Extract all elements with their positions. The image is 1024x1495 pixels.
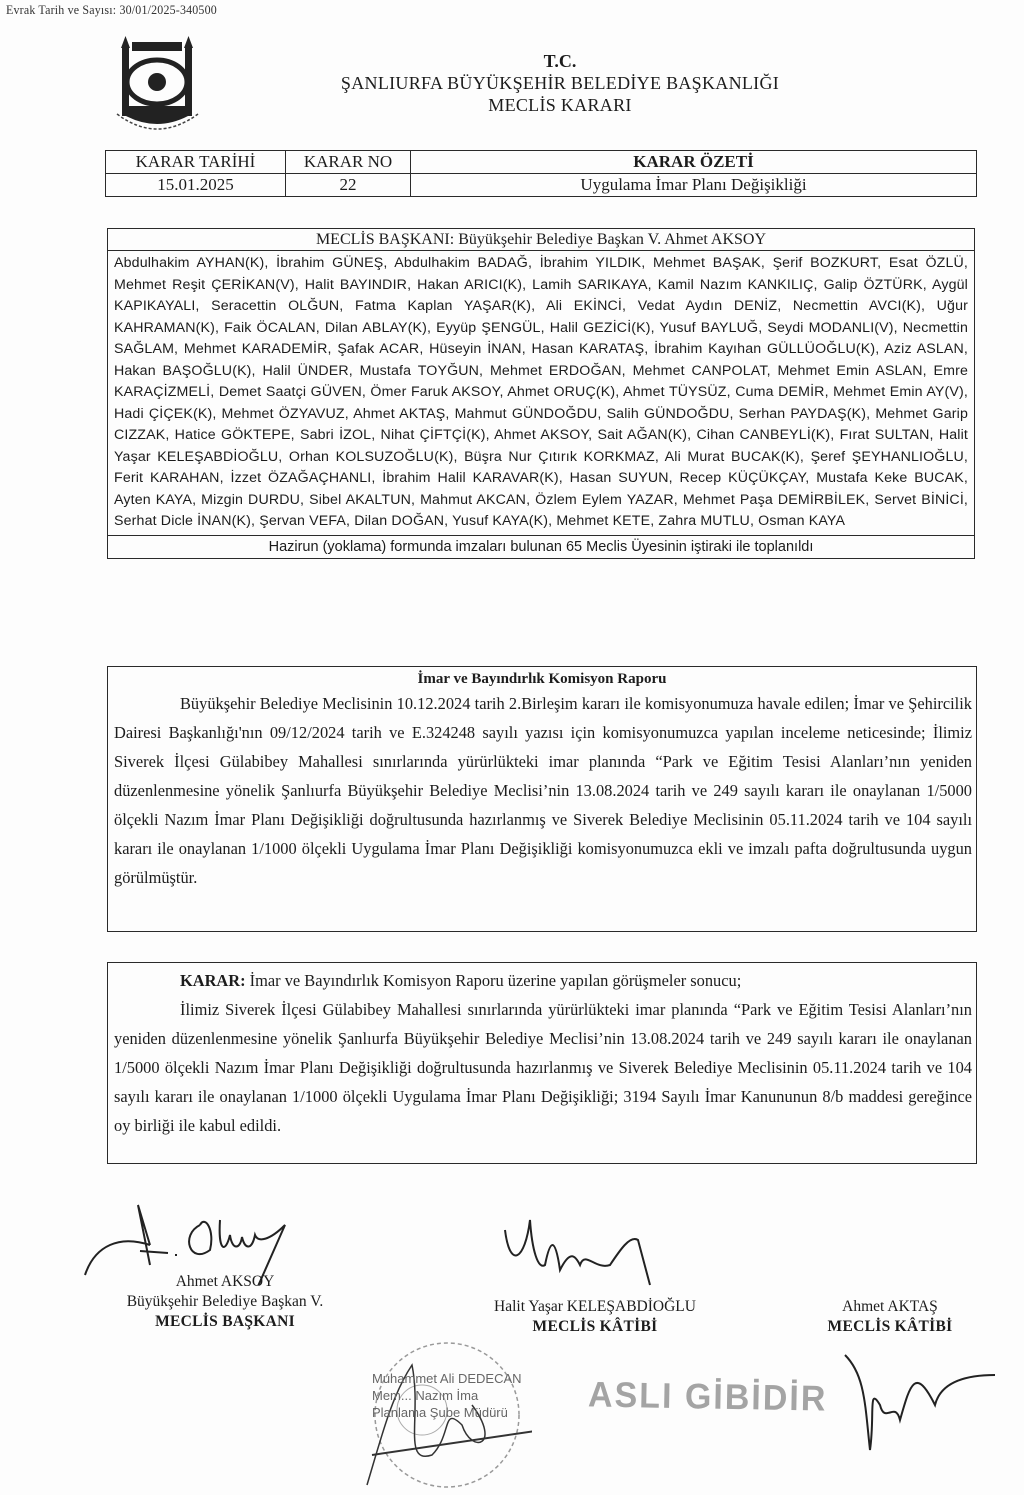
council-member: Şerif BOZKURT,: [773, 255, 889, 271]
decision-text: İlimiz Siverek İlçesi Gülabibey Mahalles…: [114, 995, 972, 1140]
council-member: Orhan KOLSUZOĞLU(K),: [289, 449, 464, 465]
council-member: Mustafa TOYĞUN,: [360, 363, 490, 379]
header-organization: ŞANLIURFA BÜYÜKŞEHİR BELEDİYE BAŞKANLIĞI: [250, 72, 870, 94]
council-member: Ahmet AKSOY,: [494, 427, 597, 443]
council-member: Sibel AKALTUN,: [309, 492, 420, 508]
council-member: Seracettin OLĞUN,: [211, 298, 355, 314]
council-member: Mehmet Reşit ÇERİKAN(V),: [114, 277, 305, 293]
certifying-official: Muhammet Ali DEDECAN Mem... Nazım İma Pl…: [372, 1370, 522, 1421]
council-member: Ferit KARAHAN,: [114, 470, 231, 486]
official-title: Mem... Nazım İma: [372, 1387, 522, 1404]
council-member: Mehmet BAŞAK,: [653, 255, 773, 271]
council-member: Esat ÖZLÜ,: [889, 255, 968, 271]
council-president: MECLİS BAŞKANI: Büyükşehir Belediye Başk…: [108, 229, 974, 251]
signatory-title: Büyükşehir Belediye Başkan V.: [100, 1292, 350, 1312]
council-member: Yusuf KAYA(K),: [452, 513, 556, 529]
council-member: İbrahim Halil KARAVAR(K),: [382, 470, 569, 486]
council-member: Mehmet Paşa DEMİRBİLEK,: [683, 492, 875, 508]
council-member: Galip ÖZTÜRK,: [824, 277, 932, 293]
council-member: Aziz ASLAN,: [884, 341, 968, 357]
council-member: Ali Murat BUCAK(K),: [665, 449, 811, 465]
council-member: Hasan KARATAŞ,: [532, 341, 655, 357]
council-member: Eyyüp ŞENGÜL,: [436, 320, 550, 336]
signatory-role: MECLİS BAŞKANI: [100, 1312, 350, 1332]
council-member: Hüseyin İNAN,: [429, 341, 531, 357]
council-member: Mahmut GÜNDOĞDU,: [455, 406, 607, 422]
decision-meta-table: KARAR TARİHİ KARAR NO KARAR ÖZETİ 15.01.…: [105, 150, 977, 197]
header-title: MECLİS KARARI: [250, 94, 870, 116]
council-member: Abdulhakim AYHAN(K),: [114, 255, 276, 271]
council-member: Sabri İZOL,: [300, 427, 381, 443]
council-member: Mahmut AKCAN,: [420, 492, 535, 508]
council-member: Halil ÜNDER,: [262, 363, 359, 379]
council-member: Cuma DEMİR,: [735, 384, 833, 400]
signature-secretary-2-icon: [840, 1345, 1000, 1455]
header-decision-date: KARAR TARİHİ: [106, 151, 286, 174]
council-member: Halil GEZİCİ(K),: [550, 320, 660, 336]
council-member: Mehmet KETE,: [556, 513, 658, 529]
council-member: Fırat SULTAN,: [840, 427, 939, 443]
council-member: Mehmet ERDOĞAN,: [490, 363, 633, 379]
council-member: Şeref ŞEYHANLIOĞLU,: [811, 449, 968, 465]
council-member: Mizgin DURDU,: [201, 492, 309, 508]
council-member: Ömer Faruk AKSOY,: [370, 384, 507, 400]
council-member: Dilan DOĞAN,: [354, 513, 452, 529]
signatory-name: Ahmet AKTAŞ: [790, 1297, 990, 1317]
council-member: Hadi ÇİÇEK(K),: [114, 406, 222, 422]
council-member: Servet BİNİCİ,: [874, 492, 968, 508]
council-member: Mehmet CANPOLAT,: [633, 363, 778, 379]
council-member: Ahmet AKTAŞ,: [353, 406, 454, 422]
council-member: İbrahim YILDIK,: [540, 255, 653, 271]
council-member: Şervan VEFA,: [259, 513, 354, 529]
council-member: Serhan PAYDAŞ(K),: [739, 406, 876, 422]
council-member: Kamil Nazım KANKILIÇ,: [658, 277, 824, 293]
decision-no: 22: [286, 174, 411, 197]
council-member: Hakan ARICI(K),: [417, 277, 532, 293]
council-member: Ahmet TÜYSÜZ,: [623, 384, 735, 400]
council-member: Faik ÖCALAN,: [224, 320, 325, 336]
council-member: Serhat Dicle İNAN(K),: [114, 513, 259, 529]
council-member: Necmettin AVCI(K),: [793, 298, 937, 314]
decision-intro: İmar ve Bayındırlık Komisyon Raporu üzer…: [250, 971, 742, 990]
council-member: Halit BAYINDIR,: [305, 277, 417, 293]
signatory-role: MECLİS KÂTİBİ: [790, 1317, 990, 1337]
council-member: İbrahim GÜNEŞ,: [276, 255, 394, 271]
signatory-president: Ahmet AKSOY Büyükşehir Belediye Başkan V…: [100, 1272, 350, 1332]
council-member: Fatma Kaplan YAŞAR(K),: [355, 298, 546, 314]
council-member: Abdulhakim BADAĞ,: [394, 255, 539, 271]
official-name: Muhammet Ali DEDECAN: [372, 1370, 522, 1387]
council-member: Mehmet Emin ASLAN,: [777, 363, 933, 379]
council-member: İbrahim Kayıhan GÜLLÜOĞLU(K),: [654, 341, 884, 357]
signatory-role: MECLİS KÂTİBİ: [430, 1317, 760, 1337]
attendance-line: Hazirun (yoklama) formunda imzaları bulu…: [108, 535, 974, 558]
council-member: Mehmet Emin AY(V),: [833, 384, 968, 400]
document-header: T.C. ŞANLIURFA BÜYÜKŞEHİR BELEDİYE BAŞKA…: [250, 50, 870, 116]
council-members-list: Abdulhakim AYHAN(K), İbrahim GÜNEŞ, Abdu…: [108, 251, 974, 535]
council-member: Şafak ACAR,: [337, 341, 429, 357]
council-attendance-box: MECLİS BAŞKANI: Büyükşehir Belediye Başk…: [107, 228, 975, 559]
council-member: Ahmet ORUÇ(K),: [507, 384, 623, 400]
signatory-name: Halit Yaşar KELEŞABDİOĞLU: [430, 1297, 760, 1317]
council-member: Hasan SUYUN,: [570, 470, 680, 486]
council-member: Büşra Nur Çıtırık KORKMAZ,: [464, 449, 665, 465]
council-member: Özlem Eylem YAZAR,: [535, 492, 683, 508]
council-member: Cihan CANBEYLİ(K),: [697, 427, 840, 443]
header-decision-no: KARAR NO: [286, 151, 411, 174]
signatory-name: Ahmet AKSOY: [100, 1272, 350, 1292]
signatory-secretary-2: Ahmet AKTAŞ MECLİS KÂTİBİ: [790, 1297, 990, 1337]
council-member: Mehmet ÖZYAVUZ,: [222, 406, 354, 422]
header-tc: T.C.: [250, 50, 870, 72]
council-member: Mehmet KARADEMİR,: [184, 341, 337, 357]
council-member: Salih GÜNDOĞDU,: [607, 406, 739, 422]
council-member: İzzet ÖZAĞAÇHANLI,: [231, 470, 383, 486]
council-member: Demet Saatçi GÜVEN,: [219, 384, 371, 400]
council-member: Ayten KAYA,: [114, 492, 201, 508]
commission-report-box: İmar ve Bayındırlık Komisyon Raporu Büyü…: [107, 666, 977, 932]
council-member: Recep KÜÇÜKÇAY,: [680, 470, 817, 486]
certified-copy-stamp: ASLI GİBİDİR: [588, 1375, 828, 1420]
council-member: Lamih SARIKAYA,: [532, 277, 658, 293]
council-member: Zahra MUTLU,: [658, 513, 758, 529]
council-member: Mustafa Keke BUCAK,: [816, 470, 968, 486]
decision-date: 15.01.2025: [106, 174, 286, 197]
signatory-secretary-1: Halit Yaşar KELEŞABDİOĞLU MECLİS KÂTİBİ: [430, 1297, 760, 1337]
council-member: Dilan ABLAY(K),: [325, 320, 436, 336]
header-decision-summary: KARAR ÖZETİ: [411, 151, 977, 174]
decision-box: KARAR: İmar ve Bayındırlık Komisyon Rapo…: [107, 962, 977, 1164]
council-member: Nihat ÇİFTÇİ(K),: [381, 427, 495, 443]
official-department: Planlama Şube Müdürü: [372, 1404, 522, 1421]
commission-report-text: Büyükşehir Belediye Meclisinin 10.12.202…: [114, 689, 972, 892]
municipality-seal-icon: [112, 36, 202, 136]
council-member: Hakan BAŞOĞLU(K),: [114, 363, 262, 379]
commission-report-title: İmar ve Bayındırlık Komisyon Raporu: [108, 669, 976, 689]
council-member: Osman KAYA: [758, 513, 845, 529]
document-reference: Evrak Tarih ve Sayısı: 30/01/2025-340500: [6, 2, 217, 18]
signature-secretary-1-icon: [500, 1210, 670, 1290]
decision-label: KARAR:: [180, 971, 246, 990]
council-member: Hatice GÖKTEPE,: [175, 427, 300, 443]
council-member: Yusuf BAYLUĞ,: [660, 320, 768, 336]
decision-summary: Uygulama İmar Planı Değişikliği: [411, 174, 977, 197]
council-member: Vedat Aydın DENİZ,: [638, 298, 793, 314]
council-member: Seydi MODANLI(V),: [767, 320, 902, 336]
council-member: Sait AĞAN(K),: [598, 427, 697, 443]
council-member: Ali EKİNCİ,: [546, 298, 638, 314]
